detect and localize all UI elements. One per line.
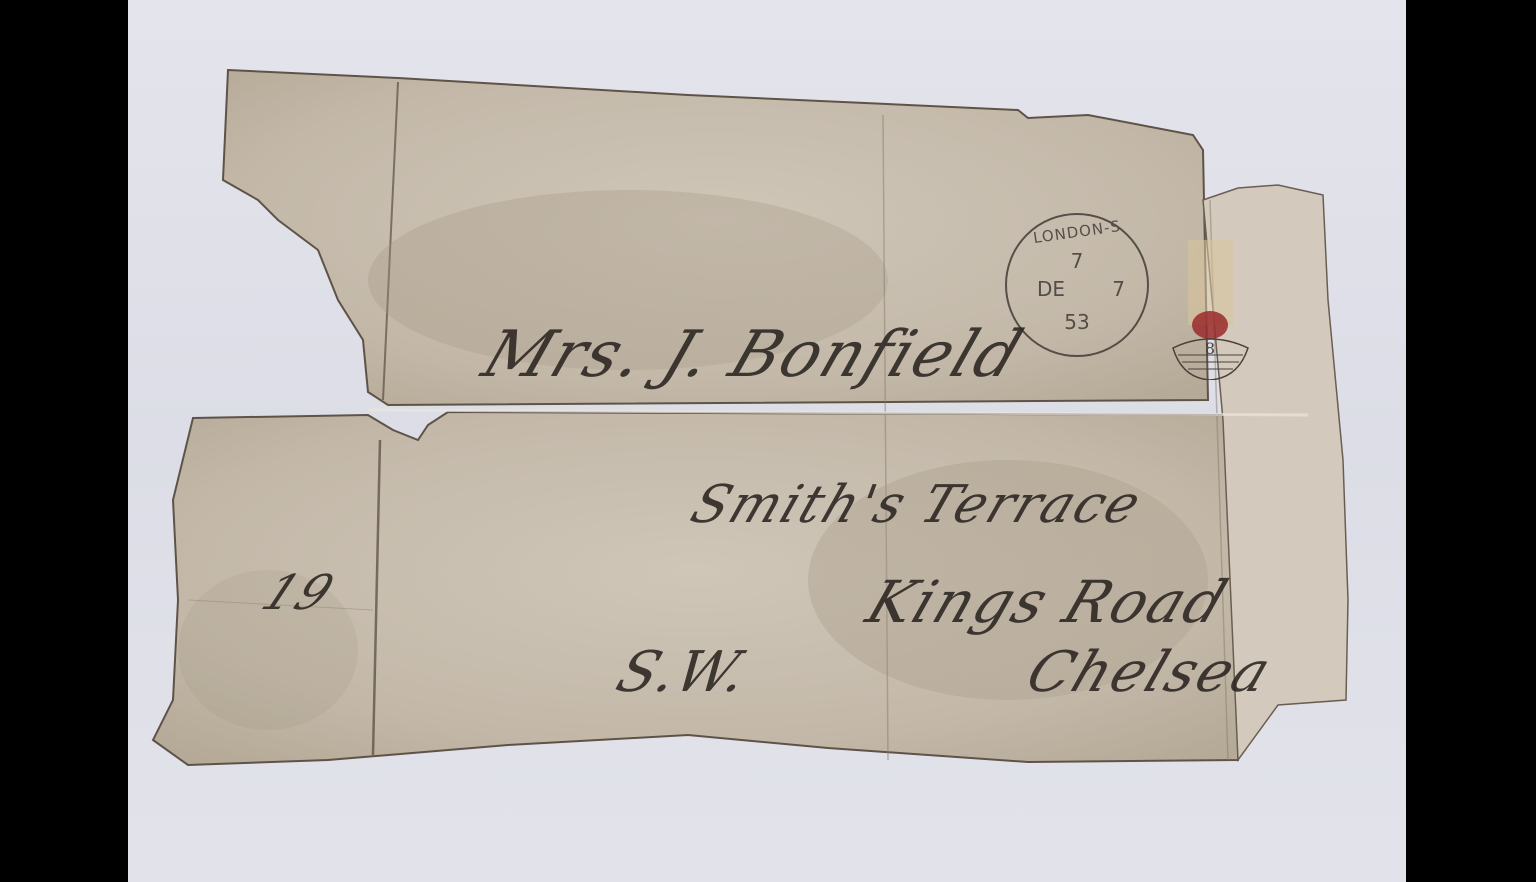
address-road: Kings Road bbox=[858, 568, 1238, 636]
postmark-day: 7 bbox=[1007, 249, 1147, 273]
address-street: Smith's Terrace bbox=[683, 475, 1150, 535]
svg-text:8: 8 bbox=[1205, 339, 1215, 358]
envelope bbox=[128, 0, 1406, 882]
address-name: Mrs. J. Bonfield bbox=[473, 318, 1033, 392]
address-area: Chelsea bbox=[1018, 640, 1281, 705]
postmark-month: DE bbox=[1007, 277, 1177, 301]
address-district: S.W. bbox=[608, 640, 759, 705]
photo: LONDON-S 7 DE 7 53 8 Mrs. J. Bonfield Sm… bbox=[128, 0, 1406, 882]
stamp-icon: 8 bbox=[1168, 230, 1253, 380]
postmark-day-right: 7 bbox=[1112, 277, 1147, 301]
